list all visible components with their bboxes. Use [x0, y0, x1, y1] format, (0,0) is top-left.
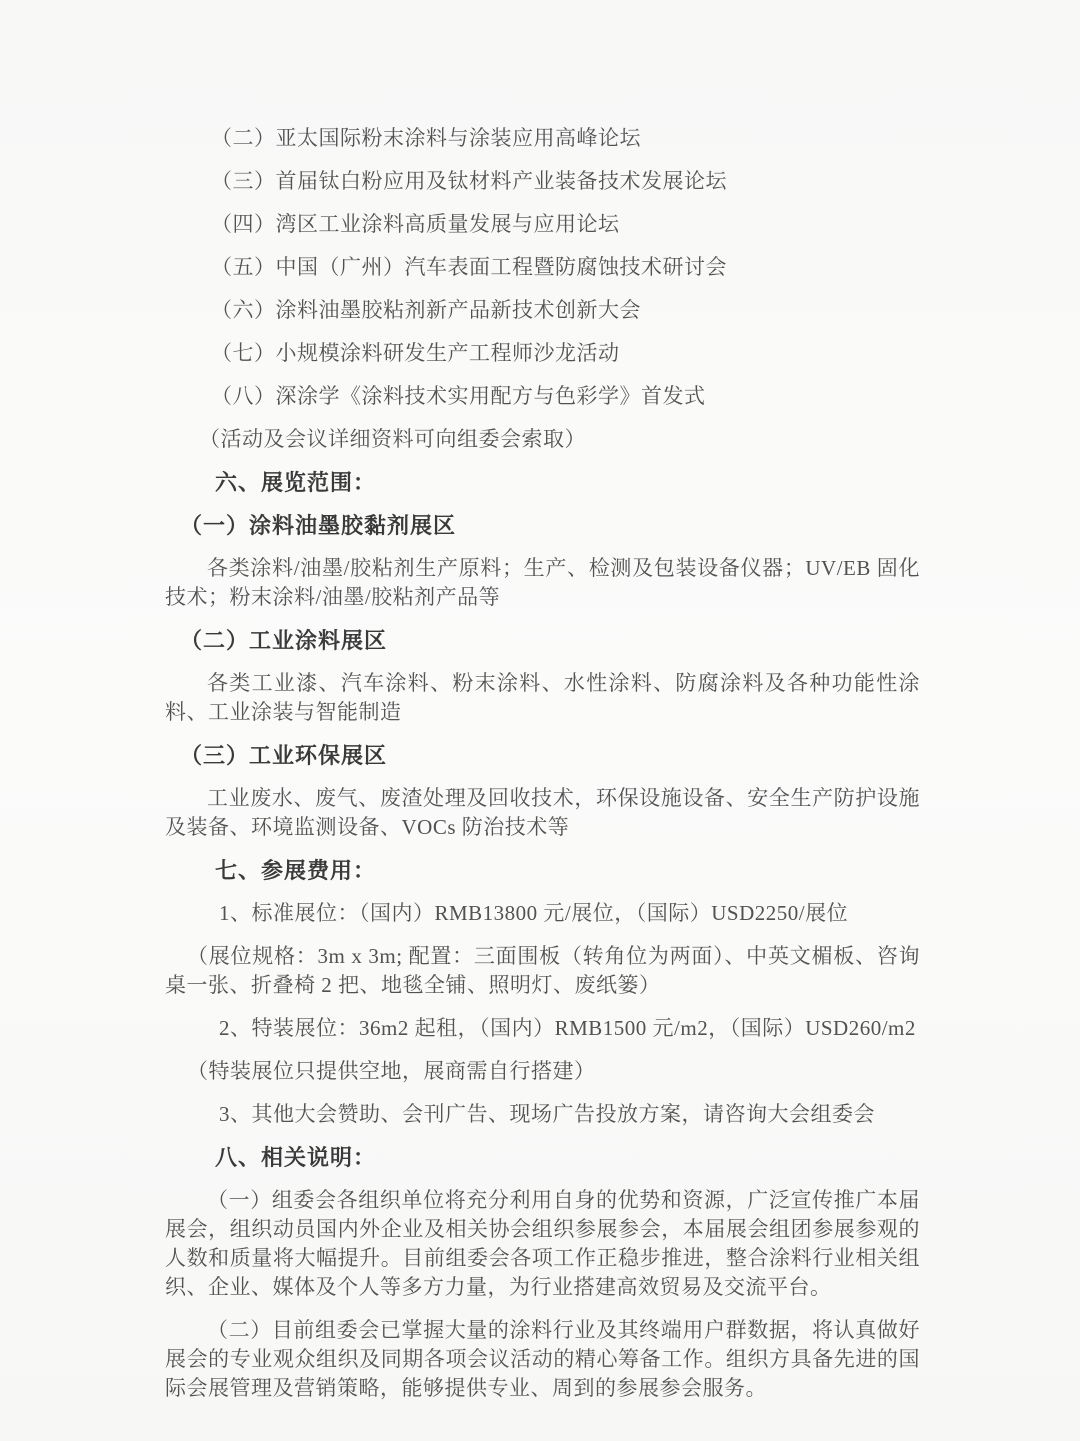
document-page: （二）亚太国际粉末涂料与涂装应用高峰论坛 （三）首届钛白粉应用及钛材料产业装备技… [0, 0, 1080, 1441]
zone-body-environmental: 工业废水、废气、废渣处理及回收技术，环保设施设备、安全生产防护设施及装备、环境监… [165, 784, 920, 842]
forum-list-item-5: （五）中国（广州）汽车表面工程暨防腐蚀技术研讨会 [165, 253, 920, 282]
forum-list-item-7: （七）小规模涂料研发生产工程师沙龙活动 [165, 339, 920, 368]
forum-list-item-3: （三）首届钛白粉应用及钛材料产业装备技术发展论坛 [165, 167, 920, 196]
forum-materials-note: （活动及会议详细资料可向组委会索取） [165, 425, 920, 454]
related-notes-paragraph-1: （一）组委会各组织单位将充分利用自身的优势和资源，广泛宣传推广本届展会，组织动员… [165, 1186, 920, 1302]
zone-heading-coatings-ink-adhesives: （一）涂料油墨胶黏剂展区 [165, 511, 920, 540]
fee-note-raw-space-booth: （特装展位只提供空地，展商需自行搭建） [165, 1057, 920, 1086]
zone-heading-industrial-coatings: （二）工业涂料展区 [165, 626, 920, 655]
related-notes-paragraph-2: （二）目前组委会已掌握大量的涂料行业及其终端用户群数据，将认真做好展会的专业观众… [165, 1316, 920, 1403]
fee-item-standard-booth: 1、标准展位：（国内）RMB13800 元/展位，（国际）USD2250/展位 [165, 899, 920, 928]
section-heading-related-notes: 八、相关说明： [165, 1143, 920, 1172]
zone-heading-environmental: （三）工业环保展区 [165, 741, 920, 770]
fee-item-raw-space-booth: 2、特装展位：36m2 起租，（国内）RMB1500 元/m2，（国际）USD2… [165, 1014, 920, 1043]
forum-list-item-6: （六）涂料油墨胶粘剂新产品新技术创新大会 [165, 296, 920, 325]
section-heading-exhibition-fees: 七、参展费用： [165, 856, 920, 885]
forum-list-item-8: （八）深涂学《涂料技术实用配方与色彩学》首发式 [165, 382, 920, 411]
forum-list-item-2: （二）亚太国际粉末涂料与涂装应用高峰论坛 [165, 124, 920, 153]
zone-body-industrial-coatings: 各类工业漆、汽车涂料、粉末涂料、水性涂料、防腐涂料及各种功能性涂料、工业涂装与智… [165, 669, 920, 727]
zone-body-coatings-ink-adhesives: 各类涂料/油墨/胶粘剂生产原料；生产、检测及包装设备仪器；UV/EB 固化技术；… [165, 554, 920, 612]
fee-item-sponsorship: 3、其他大会赞助、会刊广告、现场广告投放方案，请咨询大会组委会 [165, 1100, 920, 1129]
section-heading-exhibition-scope: 六、展览范围： [165, 468, 920, 497]
fee-note-standard-booth-spec: （展位规格：3m x 3m; 配置：三面围板（转角位为两面）、中英文楣板、咨询桌… [165, 942, 920, 1000]
forum-list-item-4: （四）湾区工业涂料高质量发展与应用论坛 [165, 210, 920, 239]
